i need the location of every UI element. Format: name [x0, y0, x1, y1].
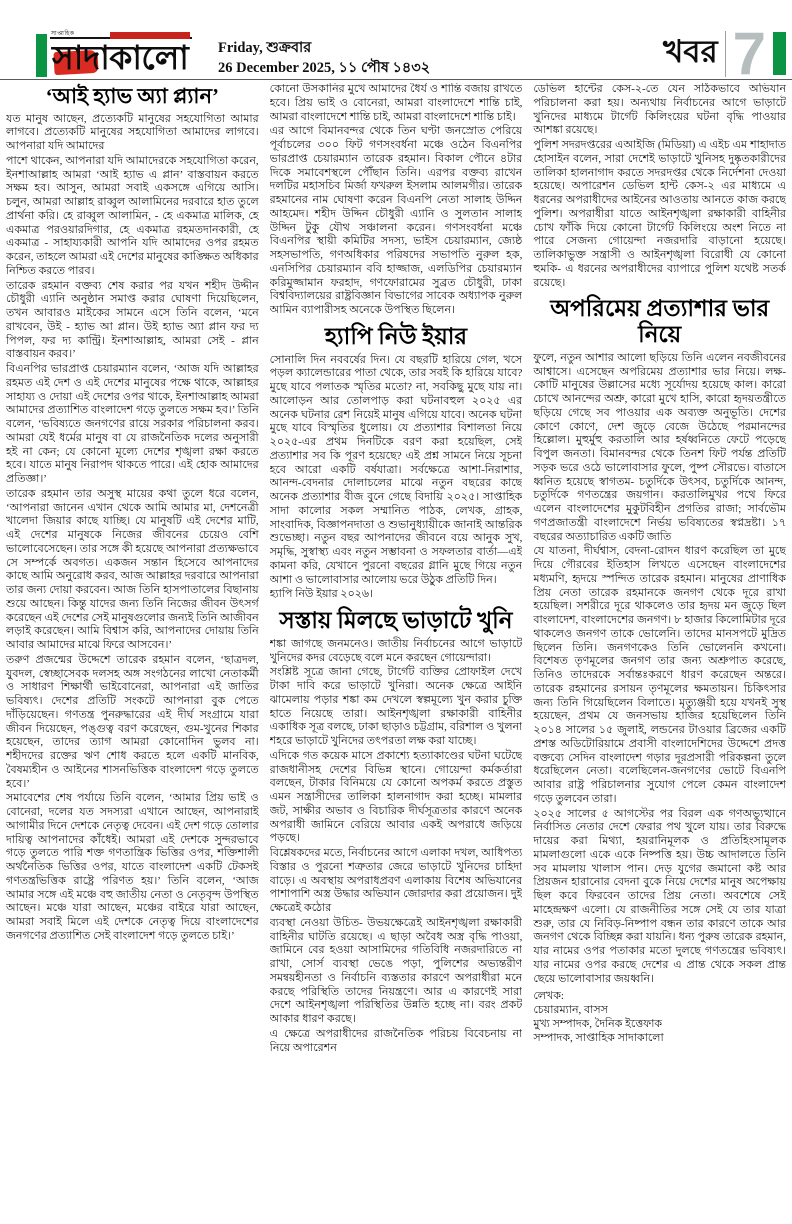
masthead-green-bar: [36, 34, 47, 77]
page-number: 7: [733, 28, 766, 79]
article-continuation-body: কোনো উসকানির মুখে আমাদের ধৈর্য ও শান্তি …: [270, 83, 523, 318]
article-happy-new-year-body: সোনালি দিন নববর্ষের দিন। যে বছরটি হারিয়…: [270, 354, 523, 603]
date-line-2: 26 December 2025, ১১ পৌষ ১৪৩২: [218, 59, 430, 79]
article-paragraph: বিএনপির ভারপ্রাপ্ত চেয়ারম্যান বলেন, ‘আজ…: [6, 363, 259, 487]
author-line: চেয়ারম্যান, বাসস: [533, 1004, 786, 1018]
article-paragraph: এর আগে বিমানবন্দর থেকে তিন ঘণ্টা জনস্রোত…: [270, 125, 523, 318]
article-paragraph: ২০২৫ সালের ৫ আগস্টের পর বিরল এক গণঅভ্যুত…: [533, 808, 786, 987]
section-label: খবর: [663, 36, 718, 71]
author-line: মুখ্য সম্পাদক, দৈনিক ইত্তেফাক: [533, 1018, 786, 1032]
header-green-bar: [773, 32, 786, 75]
article-paragraph: কোনো উসকানির মুখে আমাদের ধৈর্য ও শান্তি …: [270, 83, 523, 124]
article-paragraph: তরুণ প্রজন্মের উদ্দেশে তারেক রহমান বলেন,…: [6, 654, 259, 792]
newspaper-page: সাপ্তাহিক সাদাকালো Friday, শুক্রবার 26 D…: [0, 0, 792, 1224]
headline-i-have-a-plan: ‘আই হ্যাভ অ্যা প্ল্যান’: [6, 85, 259, 109]
article-paragraph: হ্যাপি নিউ ইয়ার ২০২৬।: [270, 588, 523, 602]
headline-happy-new-year: হ্যাপি নিউ ইয়ার: [270, 324, 523, 350]
column-3-body: ডেভিল হান্টের কেস-২-তে যেন সঠিকভাবে অভিয…: [533, 83, 786, 987]
article-paragraph: এ ক্ষেত্রে অপরাধীদের রাজনৈতিক পরিচয় বিব…: [270, 1028, 523, 1056]
page-header: সাপ্তাহিক সাদাকালো Friday, শুক্রবার 26 D…: [0, 0, 792, 80]
article-paragraph: ব্যবস্থা নেওয়া উচিত- উভয়ক্ষেত্রেই আইনশ…: [270, 917, 523, 1027]
article-paragraph: যত মানুষ আছেন, প্রত্যেকটি মানুষের সহযোগি…: [6, 113, 259, 154]
article-paragraph: সমাবেশের শেষ পর্যায়ে তিনি বলেন, ‘আমার প…: [6, 792, 259, 943]
date-line-1: Friday, শুক্রবার: [218, 39, 430, 59]
newspaper-masthead: সাপ্তাহিক সাদাকালো: [36, 34, 192, 77]
author-line: লেখক:: [533, 990, 786, 1004]
article-paragraph: যে যাতনা, দীর্ঘশ্বাস, বেদনা-রোদন ধারণ কর…: [533, 545, 786, 806]
article-hired-killer-body: শঙ্কা জাগছে জনমনেও। জাতীয় নির্বাচনের আগ…: [270, 638, 523, 1056]
article-paragraph: সোনালি দিন নববর্ষের দিন। যে বছরটি হারিয়…: [270, 354, 523, 588]
author-block: লেখক:চেয়ারম্যান, বাসসমুখ্য সম্পাদক, দৈন…: [533, 990, 786, 1045]
article-paragraph: এদিকে গত কয়েক মাসে প্রকাশ্যে হত্যাকাণ্ড…: [270, 750, 523, 846]
article-paragraph: পুলিশ সদরদপ্তরের এআইজি (মিডিয়া) এ এইচ এ…: [533, 139, 786, 290]
article-paragraph: ডেভিল হান্টের কেস-২-তে যেন সঠিকভাবে অভিয…: [533, 83, 786, 138]
header-vertical-divider: [725, 31, 726, 77]
date-block: Friday, শুক্রবার 26 December 2025, ১১ পৌ…: [218, 39, 430, 78]
newspaper-title: সাদাকালো: [52, 42, 188, 77]
column-3: ডেভিল হান্টের কেস-২-তে যেন সঠিকভাবে অভিয…: [533, 83, 786, 1221]
article-paragraph: ফুলে, নতুন আশার আলো ছড়িয়ে তিনি এলেন নব…: [533, 352, 786, 545]
headline-hired-killer: সস্তায় মিলছে ভাড়াটে খুনি: [270, 608, 523, 634]
article-paragraph: শঙ্কা জাগছে জনমনেও। জাতীয় নির্বাচনের আগ…: [270, 638, 523, 666]
article-expectations-body: ফুলে, নতুন আশার আলো ছড়িয়ে তিনি এলেন নব…: [533, 352, 786, 987]
author-line: সম্পাদক, সাপ্তাহিক সাদাকালো: [533, 1032, 786, 1046]
article-paragraph: তারেক রহমান বক্তব্য শেষ করার পর যখন শহীদ…: [6, 280, 259, 363]
article-paragraph: তারেক রহমান তার অসুস্থ মায়ের কথা তুলে ধ…: [6, 488, 259, 653]
headline-expectations: অপরিমেয় প্রত্যাশার ভার নিয়ে: [533, 296, 786, 348]
column-2: কোনো উসকানির মুখে আমাদের ধৈর্য ও শান্তি …: [270, 83, 523, 1221]
column-1: ‘আই হ্যাভ অ্যা প্ল্যান’ যত মানুষ আছেন, প…: [6, 83, 259, 1221]
page-columns: ‘আই হ্যাভ অ্যা প্ল্যান’ যত মানুষ আছেন, প…: [0, 80, 792, 1221]
article-paragraph: পাশে থাকেন, আপনারা যদি আমাদেরকে সহযোগিতা…: [6, 155, 259, 279]
newspaper-logo: সাপ্তাহিক সাদাকালো: [50, 37, 192, 77]
section-area: খবর 7: [663, 28, 786, 79]
article-hired-killer-continuation: ডেভিল হান্টের কেস-২-তে যেন সঠিকভাবে অভিয…: [533, 83, 786, 290]
masthead-red-strip: [110, 32, 190, 39]
article-paragraph: বিশ্লেষকদের মতে, নির্বাচনের আগে এলাকা দখ…: [270, 847, 523, 916]
article-paragraph: সংশ্লিষ্ট সূত্রে জানা গেছে, টার্গেট ব্যক…: [270, 666, 523, 749]
masthead-micro-label: সাপ্তাহিক: [51, 31, 74, 37]
article-i-have-a-plan-body: যত মানুষ আছেন, প্রত্যেকটি মানুষের সহযোগি…: [6, 113, 259, 944]
